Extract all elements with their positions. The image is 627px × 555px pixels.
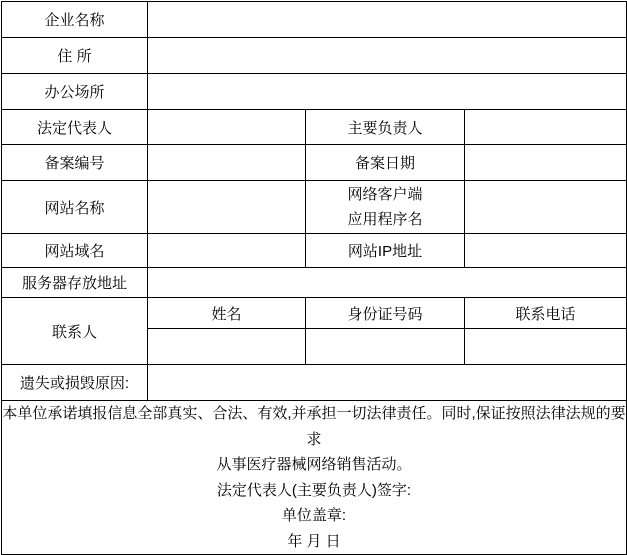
website-ip-label: 网站IP地址 bbox=[306, 234, 465, 268]
registration-form-table: 企业名称 住 所 办公场所 法定代表人 主要负责人 备案编号 备案日期 bbox=[1, 1, 627, 555]
contact-name-header: 姓名 bbox=[148, 298, 306, 329]
form-page: 企业名称 住 所 办公场所 法定代表人 主要负责人 备案编号 备案日期 bbox=[0, 0, 627, 540]
record-date-value[interactable] bbox=[465, 145, 627, 181]
date-line: 年 月 日 bbox=[2, 529, 626, 555]
enterprise-name-value[interactable] bbox=[148, 2, 627, 38]
row-record-number: 备案编号 备案日期 bbox=[2, 145, 627, 181]
row-server-address: 服务器存放地址 bbox=[2, 268, 627, 298]
contact-name-value[interactable] bbox=[148, 329, 306, 365]
website-domain-label: 网站域名 bbox=[2, 234, 148, 268]
residence-value[interactable] bbox=[148, 38, 627, 74]
record-date-label: 备案日期 bbox=[306, 145, 465, 181]
website-name-value[interactable] bbox=[148, 181, 306, 234]
client-app-label: 网络客户端 应用程序名 bbox=[306, 181, 465, 234]
declaration-cell: 本单位承诺填报信息全部真实、合法、有效,并承担一切法律责任。同时,保证按照法律法… bbox=[2, 401, 627, 555]
enterprise-name-label: 企业名称 bbox=[2, 2, 148, 38]
row-website-name: 网站名称 网络客户端 应用程序名 bbox=[2, 181, 627, 234]
row-loss-reason: 遗失或损毁原因: bbox=[2, 365, 627, 401]
website-name-label: 网站名称 bbox=[2, 181, 148, 234]
office-premises-label: 办公场所 bbox=[2, 74, 148, 110]
residence-label: 住 所 bbox=[2, 38, 148, 74]
loss-reason-label: 遗失或损毁原因: bbox=[2, 365, 148, 401]
office-premises-value[interactable] bbox=[148, 74, 627, 110]
row-residence: 住 所 bbox=[2, 38, 627, 74]
client-app-value[interactable] bbox=[465, 181, 627, 234]
website-ip-value[interactable] bbox=[465, 234, 627, 268]
server-address-value[interactable] bbox=[148, 268, 627, 298]
loss-reason-value[interactable] bbox=[148, 365, 627, 401]
contact-id-number-value[interactable] bbox=[306, 329, 465, 365]
row-website-domain: 网站域名 网站IP地址 bbox=[2, 234, 627, 268]
record-number-value[interactable] bbox=[148, 145, 306, 181]
website-domain-value[interactable] bbox=[148, 234, 306, 268]
row-legal-representative: 法定代表人 主要负责人 bbox=[2, 110, 627, 145]
legal-representative-label: 法定代表人 bbox=[2, 110, 148, 145]
contact-phone-value[interactable] bbox=[465, 329, 627, 365]
client-app-label-line1: 网络客户端 bbox=[306, 182, 464, 207]
declaration-line2: 从事医疗器械网络销售活动。 bbox=[2, 452, 626, 478]
contact-phone-header: 联系电话 bbox=[465, 298, 627, 329]
row-enterprise-name: 企业名称 bbox=[2, 2, 627, 38]
principal-label: 主要负责人 bbox=[306, 110, 465, 145]
client-app-label-line2: 应用程序名 bbox=[306, 207, 464, 232]
seal-line: 单位盖章: bbox=[2, 503, 626, 529]
declaration-line1: 本单位承诺填报信息全部真实、合法、有效,并承担一切法律责任。同时,保证按照法律法… bbox=[2, 401, 626, 452]
legal-representative-value[interactable] bbox=[148, 110, 306, 145]
contact-person-label: 联系人 bbox=[2, 298, 148, 365]
row-declaration: 本单位承诺填报信息全部真实、合法、有效,并承担一切法律责任。同时,保证按照法律法… bbox=[2, 401, 627, 555]
contact-id-number-header: 身份证号码 bbox=[306, 298, 465, 329]
row-contact-header: 联系人 姓名 身份证号码 联系电话 bbox=[2, 298, 627, 329]
signature-line: 法定代表人(主要负责人)签字: bbox=[2, 478, 626, 504]
record-number-label: 备案编号 bbox=[2, 145, 148, 181]
principal-value[interactable] bbox=[465, 110, 627, 145]
row-office-premises: 办公场所 bbox=[2, 74, 627, 110]
server-address-label: 服务器存放地址 bbox=[2, 268, 148, 298]
